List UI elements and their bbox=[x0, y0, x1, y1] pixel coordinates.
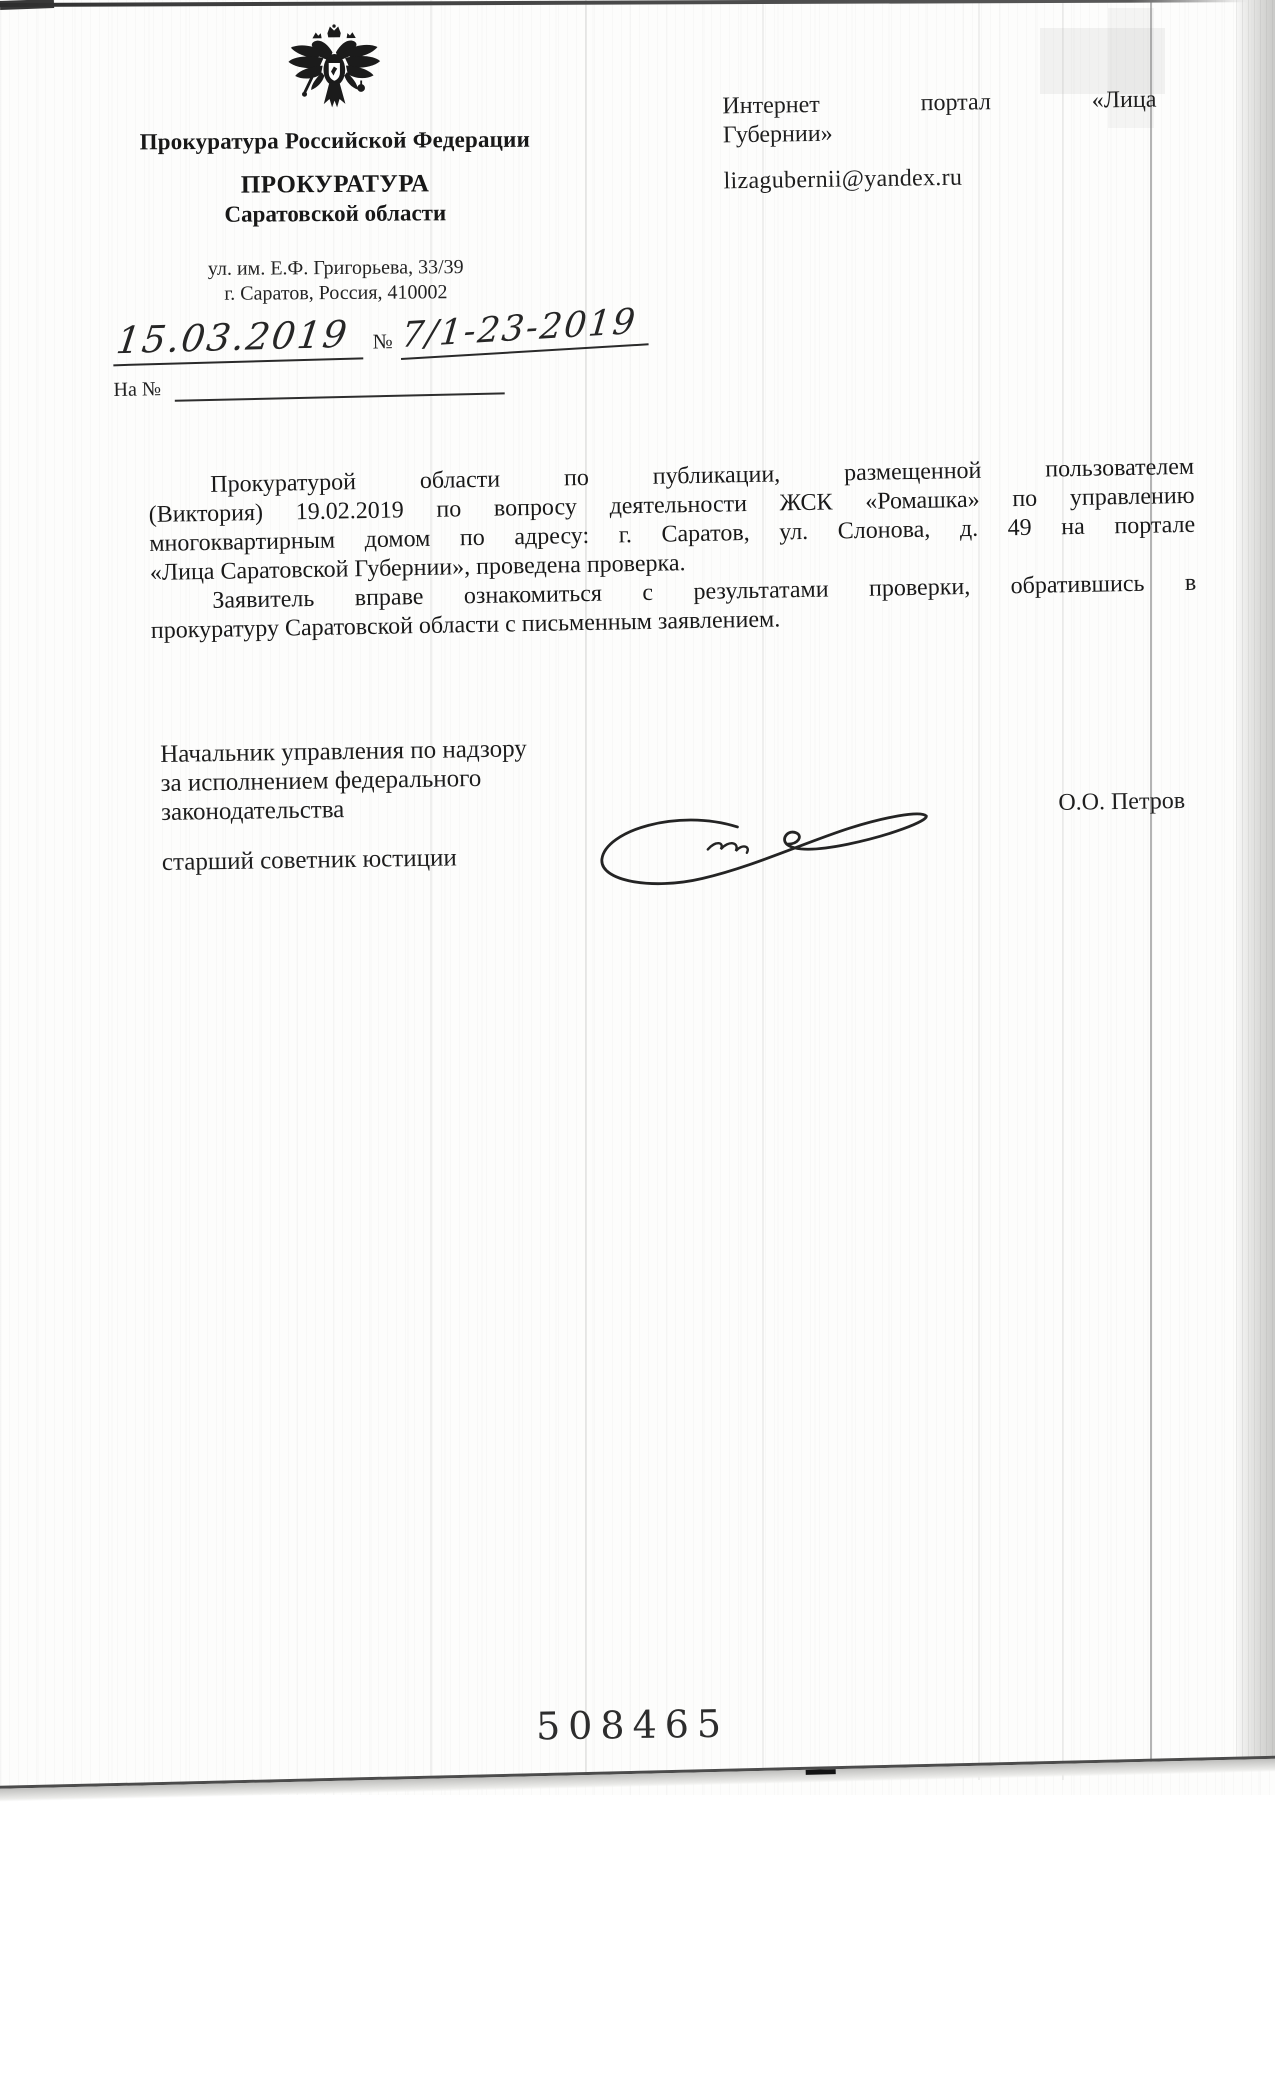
letterhead-address-street: ул. им. Е.Ф. Григорьева, 33/39 bbox=[91, 255, 581, 281]
scan-document-number: 508465 bbox=[536, 1702, 730, 1749]
russia-coat-of-arms-icon bbox=[284, 24, 385, 125]
handwritten-date-underlined: 15.03.2019 bbox=[112, 312, 363, 366]
addressee-word: «Лица bbox=[1092, 87, 1157, 115]
signature-scribble bbox=[589, 794, 941, 899]
letterhead-address-city: г. Саратов, Россия, 410002 bbox=[91, 280, 581, 306]
scan-streak bbox=[1062, 0, 1064, 1780]
scan-streak bbox=[978, 0, 980, 1780]
addressee-line-2: Губернии» bbox=[723, 116, 1157, 150]
handwritten-date: 15.03.2019 bbox=[114, 313, 351, 363]
scanned-letter-page: Прокуратура Российской Федерации ПРОКУРА… bbox=[0, 0, 1275, 2100]
addressee-line-1: Интернет портал «Лица bbox=[722, 87, 1156, 121]
addressee-word: портал bbox=[920, 89, 991, 117]
parent-organization-title: Прокуратура Российской Федерации bbox=[90, 126, 580, 155]
addressee-block: Интернет портал «Лица Губернии» lizagube… bbox=[722, 87, 1158, 196]
letter-body: Прокуратурой области по публикации, разм… bbox=[148, 453, 1197, 646]
addressee-word: Интернет bbox=[722, 92, 820, 121]
reply-to-label: На № bbox=[113, 378, 161, 402]
scan-bottom-edge-dash bbox=[806, 1769, 836, 1775]
organization-region: Саратовской области bbox=[90, 199, 580, 228]
scan-streak bbox=[585, 0, 587, 1780]
letterhead: Прокуратура Российской Федерации ПРОКУРА… bbox=[89, 22, 581, 306]
outgoing-reference-row: 15.03.2019 № 7/1-23-2019 bbox=[112, 310, 573, 365]
organization-name: ПРОКУРАТУРА bbox=[90, 169, 580, 200]
number-sign: № bbox=[372, 329, 392, 354]
reference-block: 15.03.2019 № 7/1-23-2019 На № bbox=[112, 310, 573, 402]
signer-name: О.О. Петров bbox=[1058, 788, 1185, 817]
signature-block: Начальник управления по надзору за испол… bbox=[160, 724, 1192, 877]
scan-page-right-edge bbox=[1150, 0, 1152, 1768]
scan-right-shadow-band bbox=[1236, 0, 1275, 1766]
